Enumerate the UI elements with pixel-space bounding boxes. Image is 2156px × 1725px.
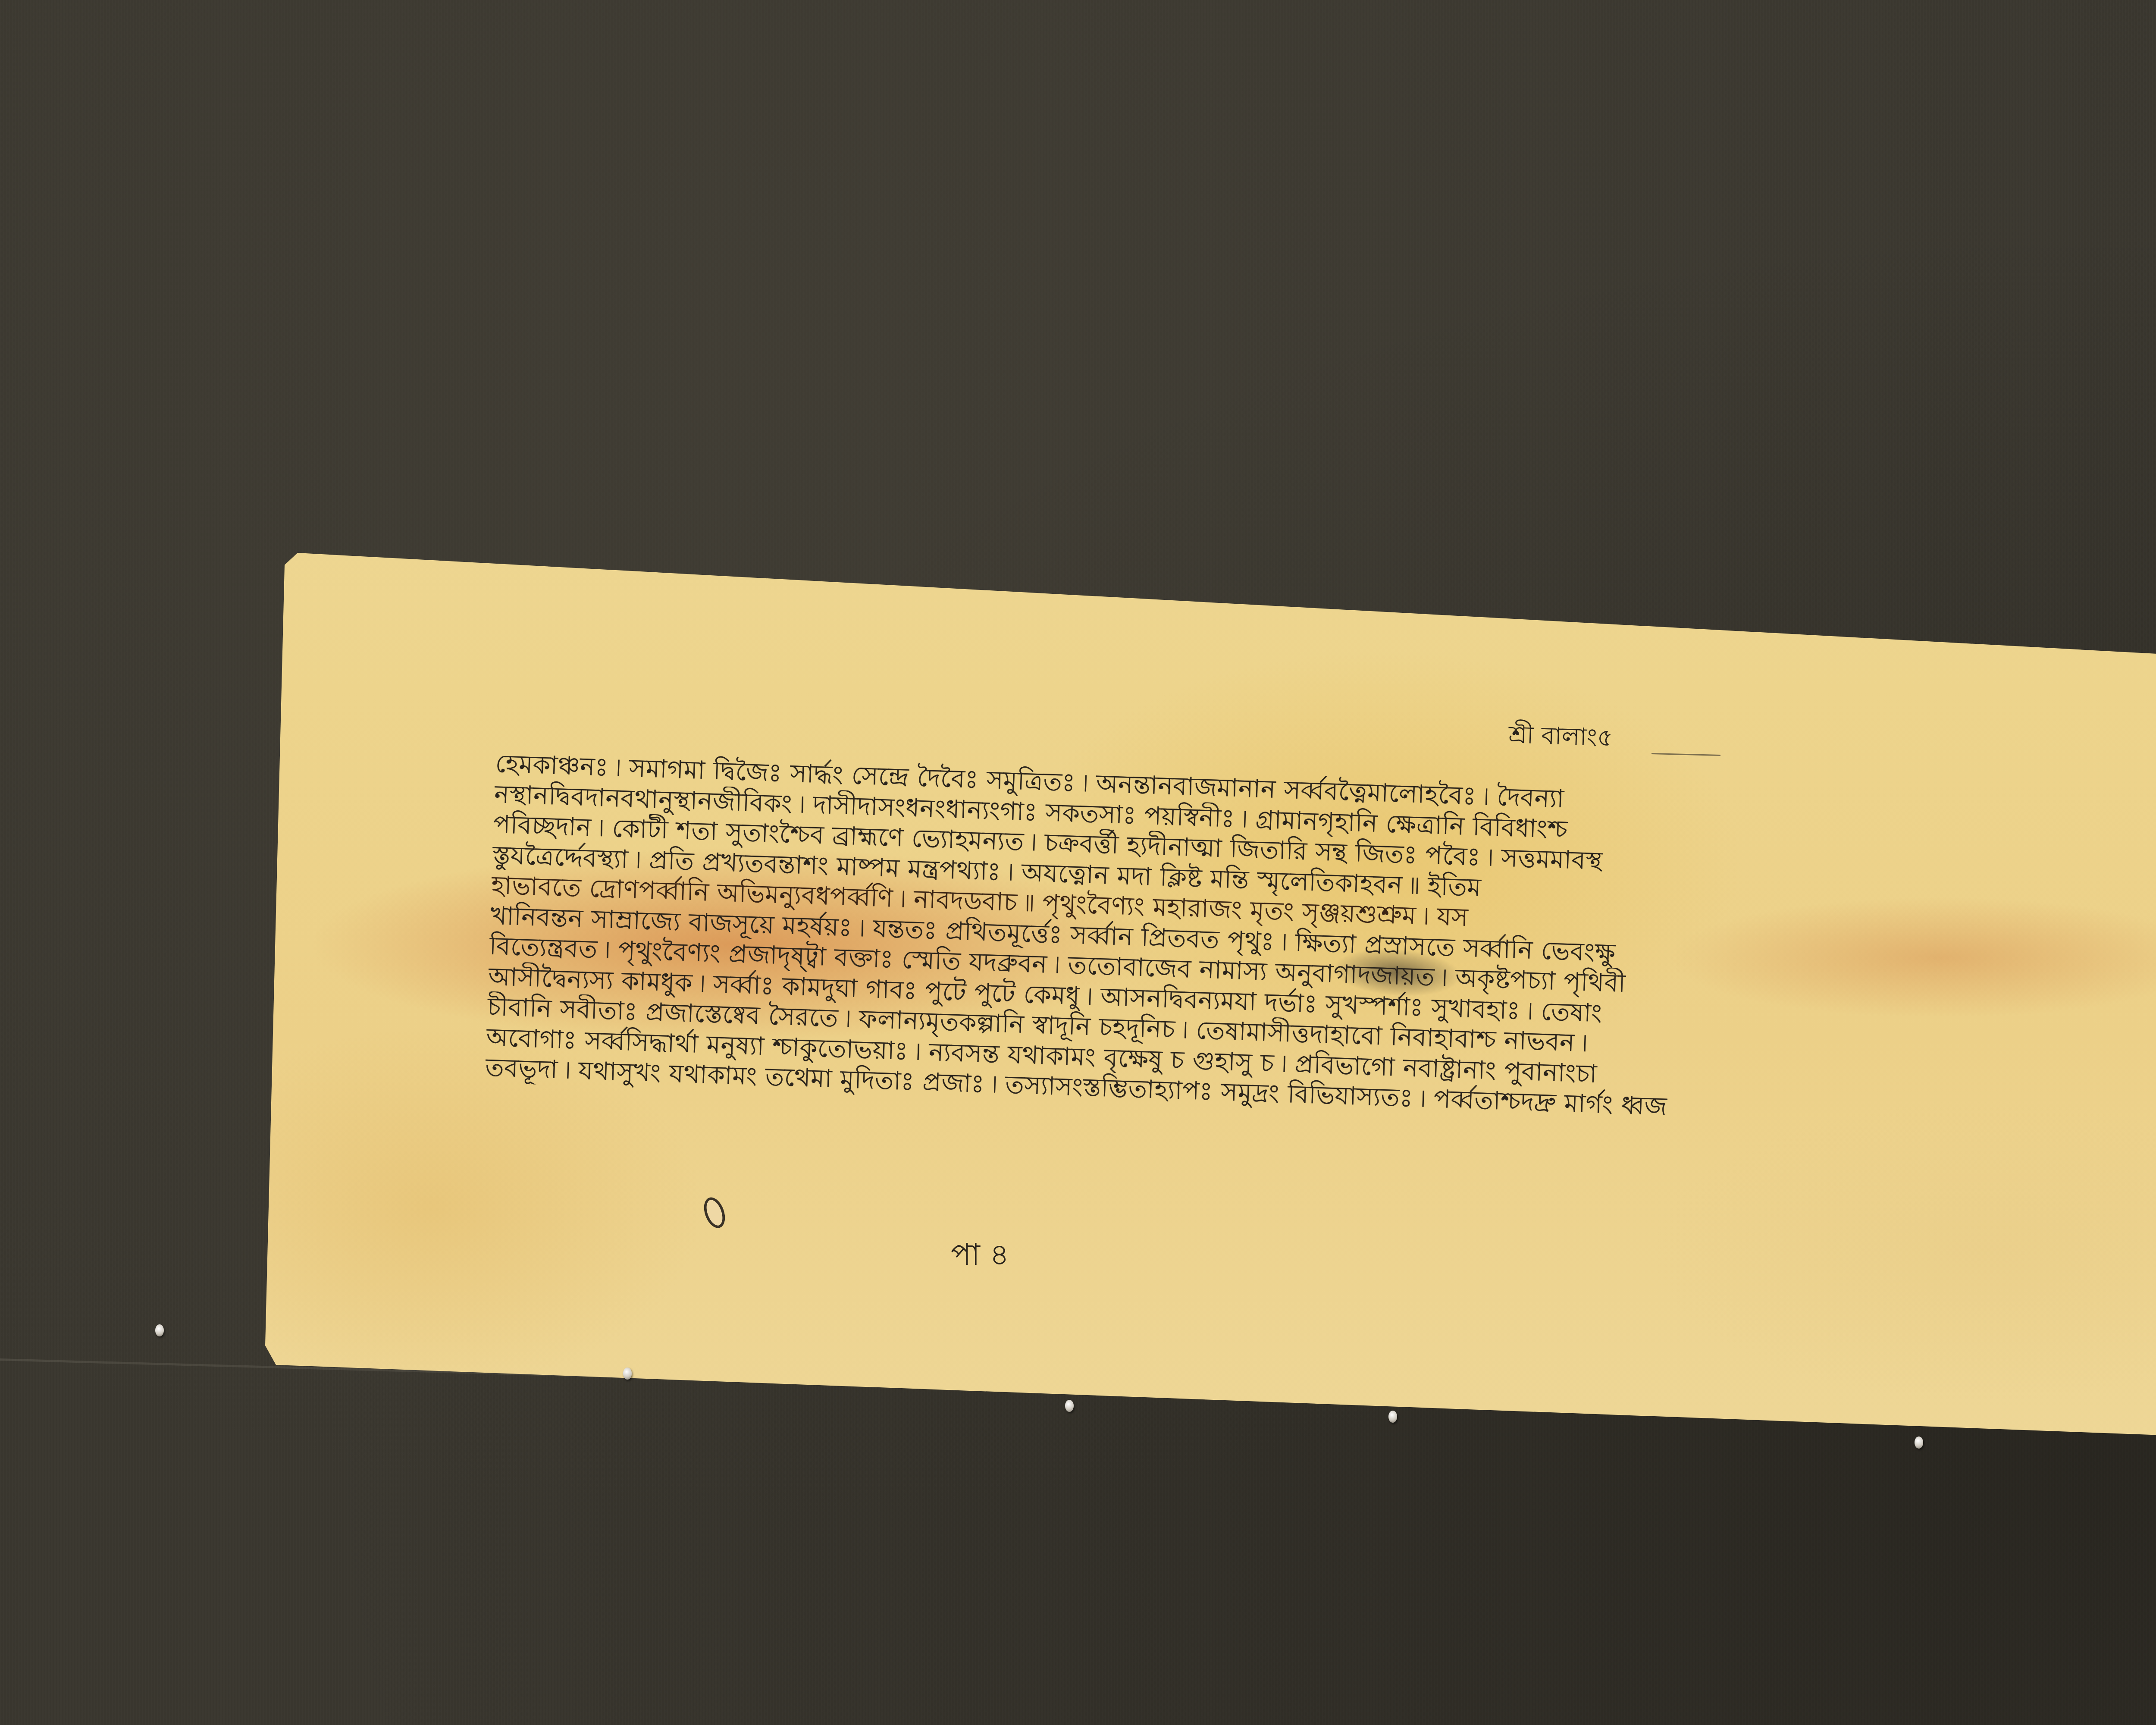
- header-annotation: শ্রী বালাং৫: [1508, 716, 1614, 760]
- pin-icon: [155, 1324, 164, 1336]
- manuscript-folio: শ্রী বালাং৫ হেমকাঞ্চনঃ ৷ সমাগমা দ্বিজৈঃ …: [0, 0, 2156, 1725]
- manuscript-text-block: হেমকাঞ্চনঃ ৷ সমাগমা দ্বিজৈঃ সার্দ্ধং সেন…: [485, 748, 2030, 1133]
- ink-smudge: [1331, 944, 1463, 1001]
- pin-icon: [623, 1367, 632, 1380]
- folio-number: পা ৪: [951, 1231, 1009, 1282]
- pin-icon: [1915, 1436, 1923, 1449]
- pin-icon: [1065, 1400, 1074, 1412]
- pin-icon: [1388, 1411, 1397, 1423]
